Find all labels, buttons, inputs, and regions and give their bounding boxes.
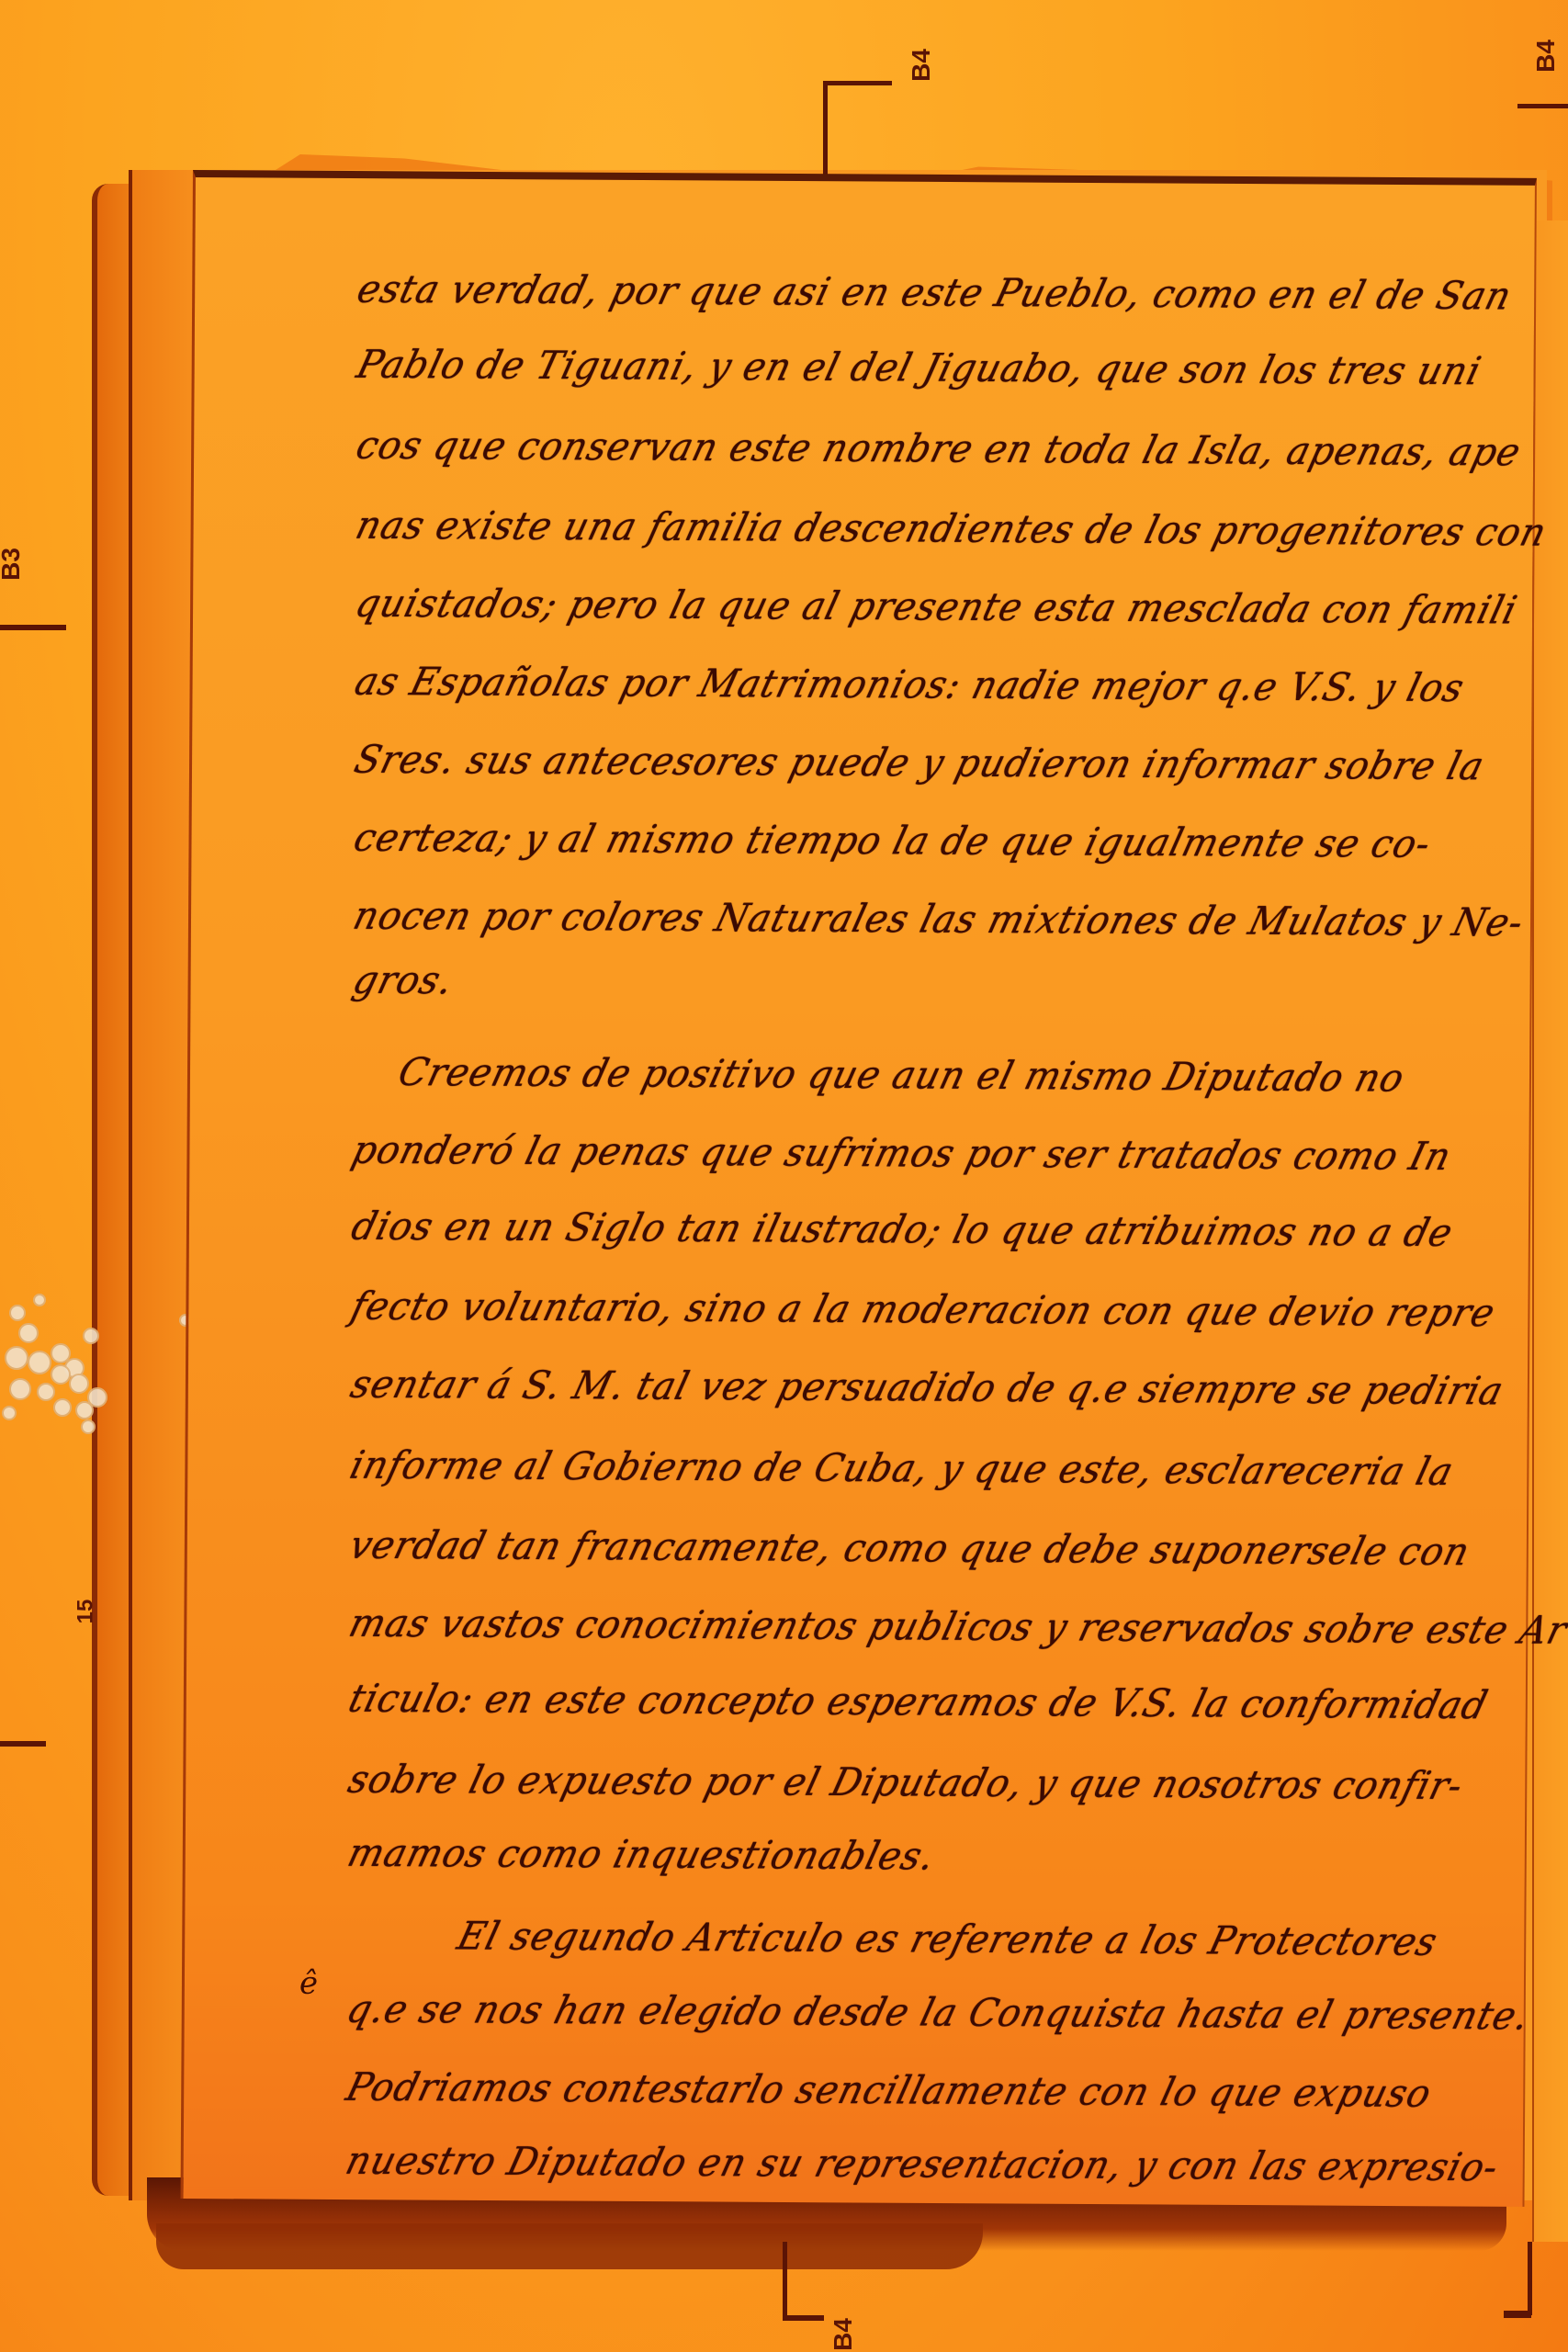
bottom-marker-horizontal (783, 2315, 824, 2321)
manuscript-line-20: sobre lo expuesto por el Diputado, y que… (344, 1758, 1468, 1809)
manuscript-line-21: mamos como inquestionables. (344, 1831, 941, 1879)
manuscript-line-18: mas vastos conocimientos publicos y rese… (344, 1601, 1568, 1653)
manuscript-line-4: nas existe una familia descendientes de … (351, 503, 1551, 555)
top-marker-horizontal (823, 81, 892, 85)
page-bottom-shadow (156, 2223, 983, 2269)
manuscript-line-16: informe al Gobierno de Cuba, y que este,… (345, 1443, 1458, 1495)
bottom-marker-label: B4 (829, 2318, 858, 2351)
left-upper-marker-label: B3 (0, 548, 26, 581)
manuscript-line-14: fecto voluntario, sino a la moderacion c… (346, 1284, 1500, 1336)
manuscript-line-3: cos que conservan este nombre en toda la… (352, 424, 1526, 475)
bottom-right-marker-vertical (1528, 2242, 1532, 2315)
manuscript-line-19: ticulo: en este concepto esperamos de V.… (344, 1677, 1493, 1728)
left-lower-marker (0, 1741, 46, 1747)
manuscript-line-7: Sres. sus antecesores puede y pudieron i… (350, 738, 1489, 789)
top-right-marker-label: B4 (1531, 40, 1561, 73)
manuscript-line-12: ponderó la penas que sufrimos por ser tr… (347, 1128, 1456, 1180)
manuscript-line-6: as Españolas por Matrimonios: nadie mejo… (350, 660, 1469, 711)
manuscript-line-5: quistados; pero la que al presente esta … (351, 582, 1522, 633)
top-marker-label: B4 (907, 49, 936, 82)
bottom-marker-vertical (783, 2242, 787, 2320)
left-upper-marker (0, 625, 66, 630)
manuscript-line-11: Creemos de positivo que aun el mismo Dip… (394, 1050, 1409, 1101)
manuscript-page: esta verdad, por que asi en este Pueblo,… (181, 170, 1537, 2207)
bottom-right-marker-horizontal (1504, 2311, 1531, 2318)
top-marker-vertical (823, 83, 828, 175)
manuscript-line-10: gros. (348, 958, 457, 1003)
manuscript-line-13: dios en un Siglo tan ilustrado; lo que a… (347, 1204, 1458, 1256)
manuscript-line-24: Podriamos contestarlo sencillamente con … (342, 2065, 1436, 2116)
manuscript-line-15: sentar á S. M. tal vez persuadido de q.e… (346, 1363, 1508, 1414)
manuscript-line-23: q.e se nos han elegido desde la Conquist… (343, 1987, 1535, 2039)
manuscript-line-8: certeza; y al mismo tiempo la de que igu… (349, 816, 1436, 866)
manuscript-line-9: nocen por colores Naturales las mixtione… (349, 894, 1529, 945)
manuscript-line-1: esta verdad, por que asi en este Pueblo,… (353, 267, 1517, 319)
left-lower-marker-label: 15 (73, 1600, 98, 1624)
top-right-marker (1517, 104, 1568, 108)
manuscript-line-25: nuestro Diputado en su representacion, y… (342, 2139, 1504, 2190)
manuscript-line-2: Pablo de Tiguani, y en el del Jiguabo, q… (353, 343, 1486, 394)
margin-note: ê (299, 1965, 318, 2002)
manuscript-line-22: El segundo Articulo es referente a los P… (453, 1915, 1442, 1965)
manuscript-line-17: verdad tan francamente, como que debe su… (345, 1523, 1475, 1575)
